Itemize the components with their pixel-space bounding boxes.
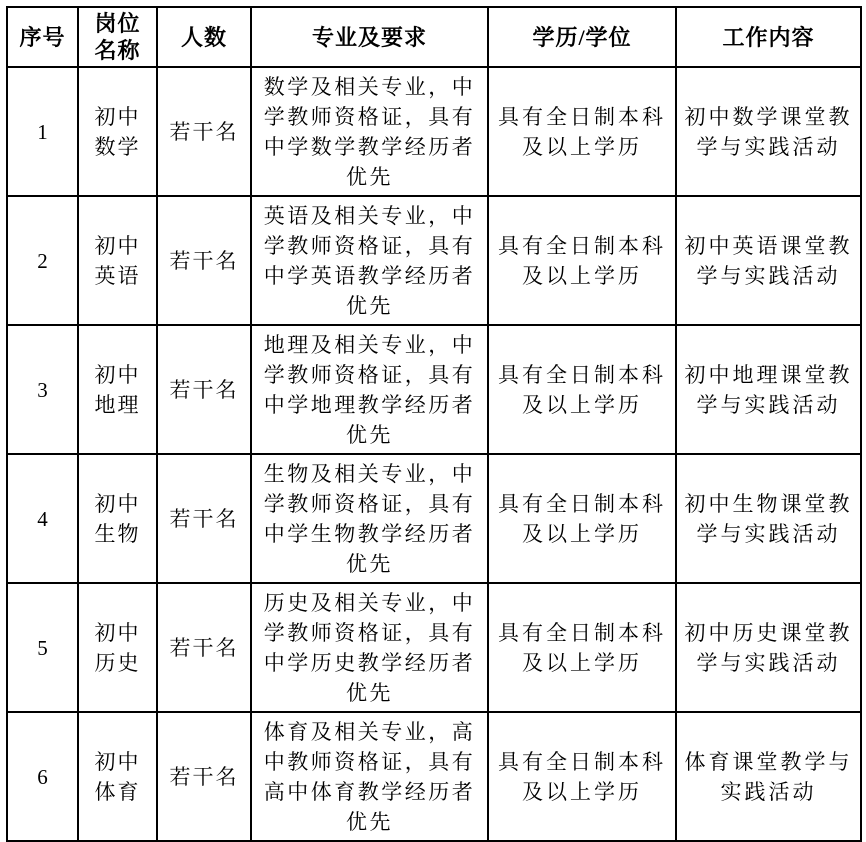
cell-position: 初中 数学: [78, 67, 157, 196]
cell-count: 若干名: [157, 196, 251, 325]
cell-duties: 初中生物课堂教 学与实践活动: [676, 454, 861, 583]
cell-education: 具有全日制本科 及以上学历: [488, 196, 676, 325]
cell-position: 初中 地理: [78, 325, 157, 454]
cell-position: 初中 体育: [78, 712, 157, 841]
table-row: 1 初中 数学 若干名 数学及相关专业，中 学教师资格证，具有 中学数学教学经历…: [7, 67, 861, 196]
table-row: 6 初中 体育 若干名 体育及相关专业，高 中教师资格证，具有 高中体育教学经历…: [7, 712, 861, 841]
cell-duties: 初中英语课堂教 学与实践活动: [676, 196, 861, 325]
column-header-duties: 工作内容: [676, 7, 861, 67]
cell-no: 1: [7, 67, 78, 196]
column-header-position: 岗位 名称: [78, 7, 157, 67]
cell-no: 3: [7, 325, 78, 454]
recruitment-table: 序号 岗位 名称 人数 专业及要求 学历/学位 工作内容 1 初中 数学 若干名…: [6, 6, 862, 842]
cell-duties: 体育课堂教学与 实践活动: [676, 712, 861, 841]
cell-requirements: 数学及相关专业，中 学教师资格证，具有 中学数学教学经历者 优先: [251, 67, 488, 196]
cell-requirements: 英语及相关专业，中 学教师资格证，具有 中学英语教学经历者 优先: [251, 196, 488, 325]
cell-duties: 初中数学课堂教 学与实践活动: [676, 67, 861, 196]
cell-education: 具有全日制本科 及以上学历: [488, 712, 676, 841]
cell-requirements: 生物及相关专业，中 学教师资格证，具有 中学生物教学经历者 优先: [251, 454, 488, 583]
cell-no: 2: [7, 196, 78, 325]
column-header-count: 人数: [157, 7, 251, 67]
column-header-requirements: 专业及要求: [251, 7, 488, 67]
column-header-no: 序号: [7, 7, 78, 67]
cell-count: 若干名: [157, 67, 251, 196]
cell-education: 具有全日制本科 及以上学历: [488, 454, 676, 583]
cell-requirements: 地理及相关专业，中 学教师资格证，具有 中学地理教学经历者 优先: [251, 325, 488, 454]
cell-count: 若干名: [157, 583, 251, 712]
cell-education: 具有全日制本科 及以上学历: [488, 583, 676, 712]
table-body: 1 初中 数学 若干名 数学及相关专业，中 学教师资格证，具有 中学数学教学经历…: [7, 67, 861, 841]
table-row: 3 初中 地理 若干名 地理及相关专业，中 学教师资格证，具有 中学地理教学经历…: [7, 325, 861, 454]
column-header-education: 学历/学位: [488, 7, 676, 67]
cell-no: 5: [7, 583, 78, 712]
cell-count: 若干名: [157, 454, 251, 583]
cell-education: 具有全日制本科 及以上学历: [488, 325, 676, 454]
header-row: 序号 岗位 名称 人数 专业及要求 学历/学位 工作内容: [7, 7, 861, 67]
table-row: 5 初中 历史 若干名 历史及相关专业，中 学教师资格证，具有 中学历史教学经历…: [7, 583, 861, 712]
cell-education: 具有全日制本科 及以上学历: [488, 67, 676, 196]
cell-duties: 初中历史课堂教 学与实践活动: [676, 583, 861, 712]
cell-requirements: 历史及相关专业，中 学教师资格证，具有 中学历史教学经历者 优先: [251, 583, 488, 712]
table-row: 4 初中 生物 若干名 生物及相关专业，中 学教师资格证，具有 中学生物教学经历…: [7, 454, 861, 583]
cell-position: 初中 英语: [78, 196, 157, 325]
cell-no: 6: [7, 712, 78, 841]
cell-requirements: 体育及相关专业，高 中教师资格证，具有 高中体育教学经历者 优先: [251, 712, 488, 841]
table-row: 2 初中 英语 若干名 英语及相关专业，中 学教师资格证，具有 中学英语教学经历…: [7, 196, 861, 325]
cell-duties: 初中地理课堂教 学与实践活动: [676, 325, 861, 454]
cell-position: 初中 生物: [78, 454, 157, 583]
cell-position: 初中 历史: [78, 583, 157, 712]
document-page: 序号 岗位 名称 人数 专业及要求 学历/学位 工作内容 1 初中 数学 若干名…: [0, 0, 866, 842]
cell-count: 若干名: [157, 325, 251, 454]
cell-count: 若干名: [157, 712, 251, 841]
table-header: 序号 岗位 名称 人数 专业及要求 学历/学位 工作内容: [7, 7, 861, 67]
cell-no: 4: [7, 454, 78, 583]
